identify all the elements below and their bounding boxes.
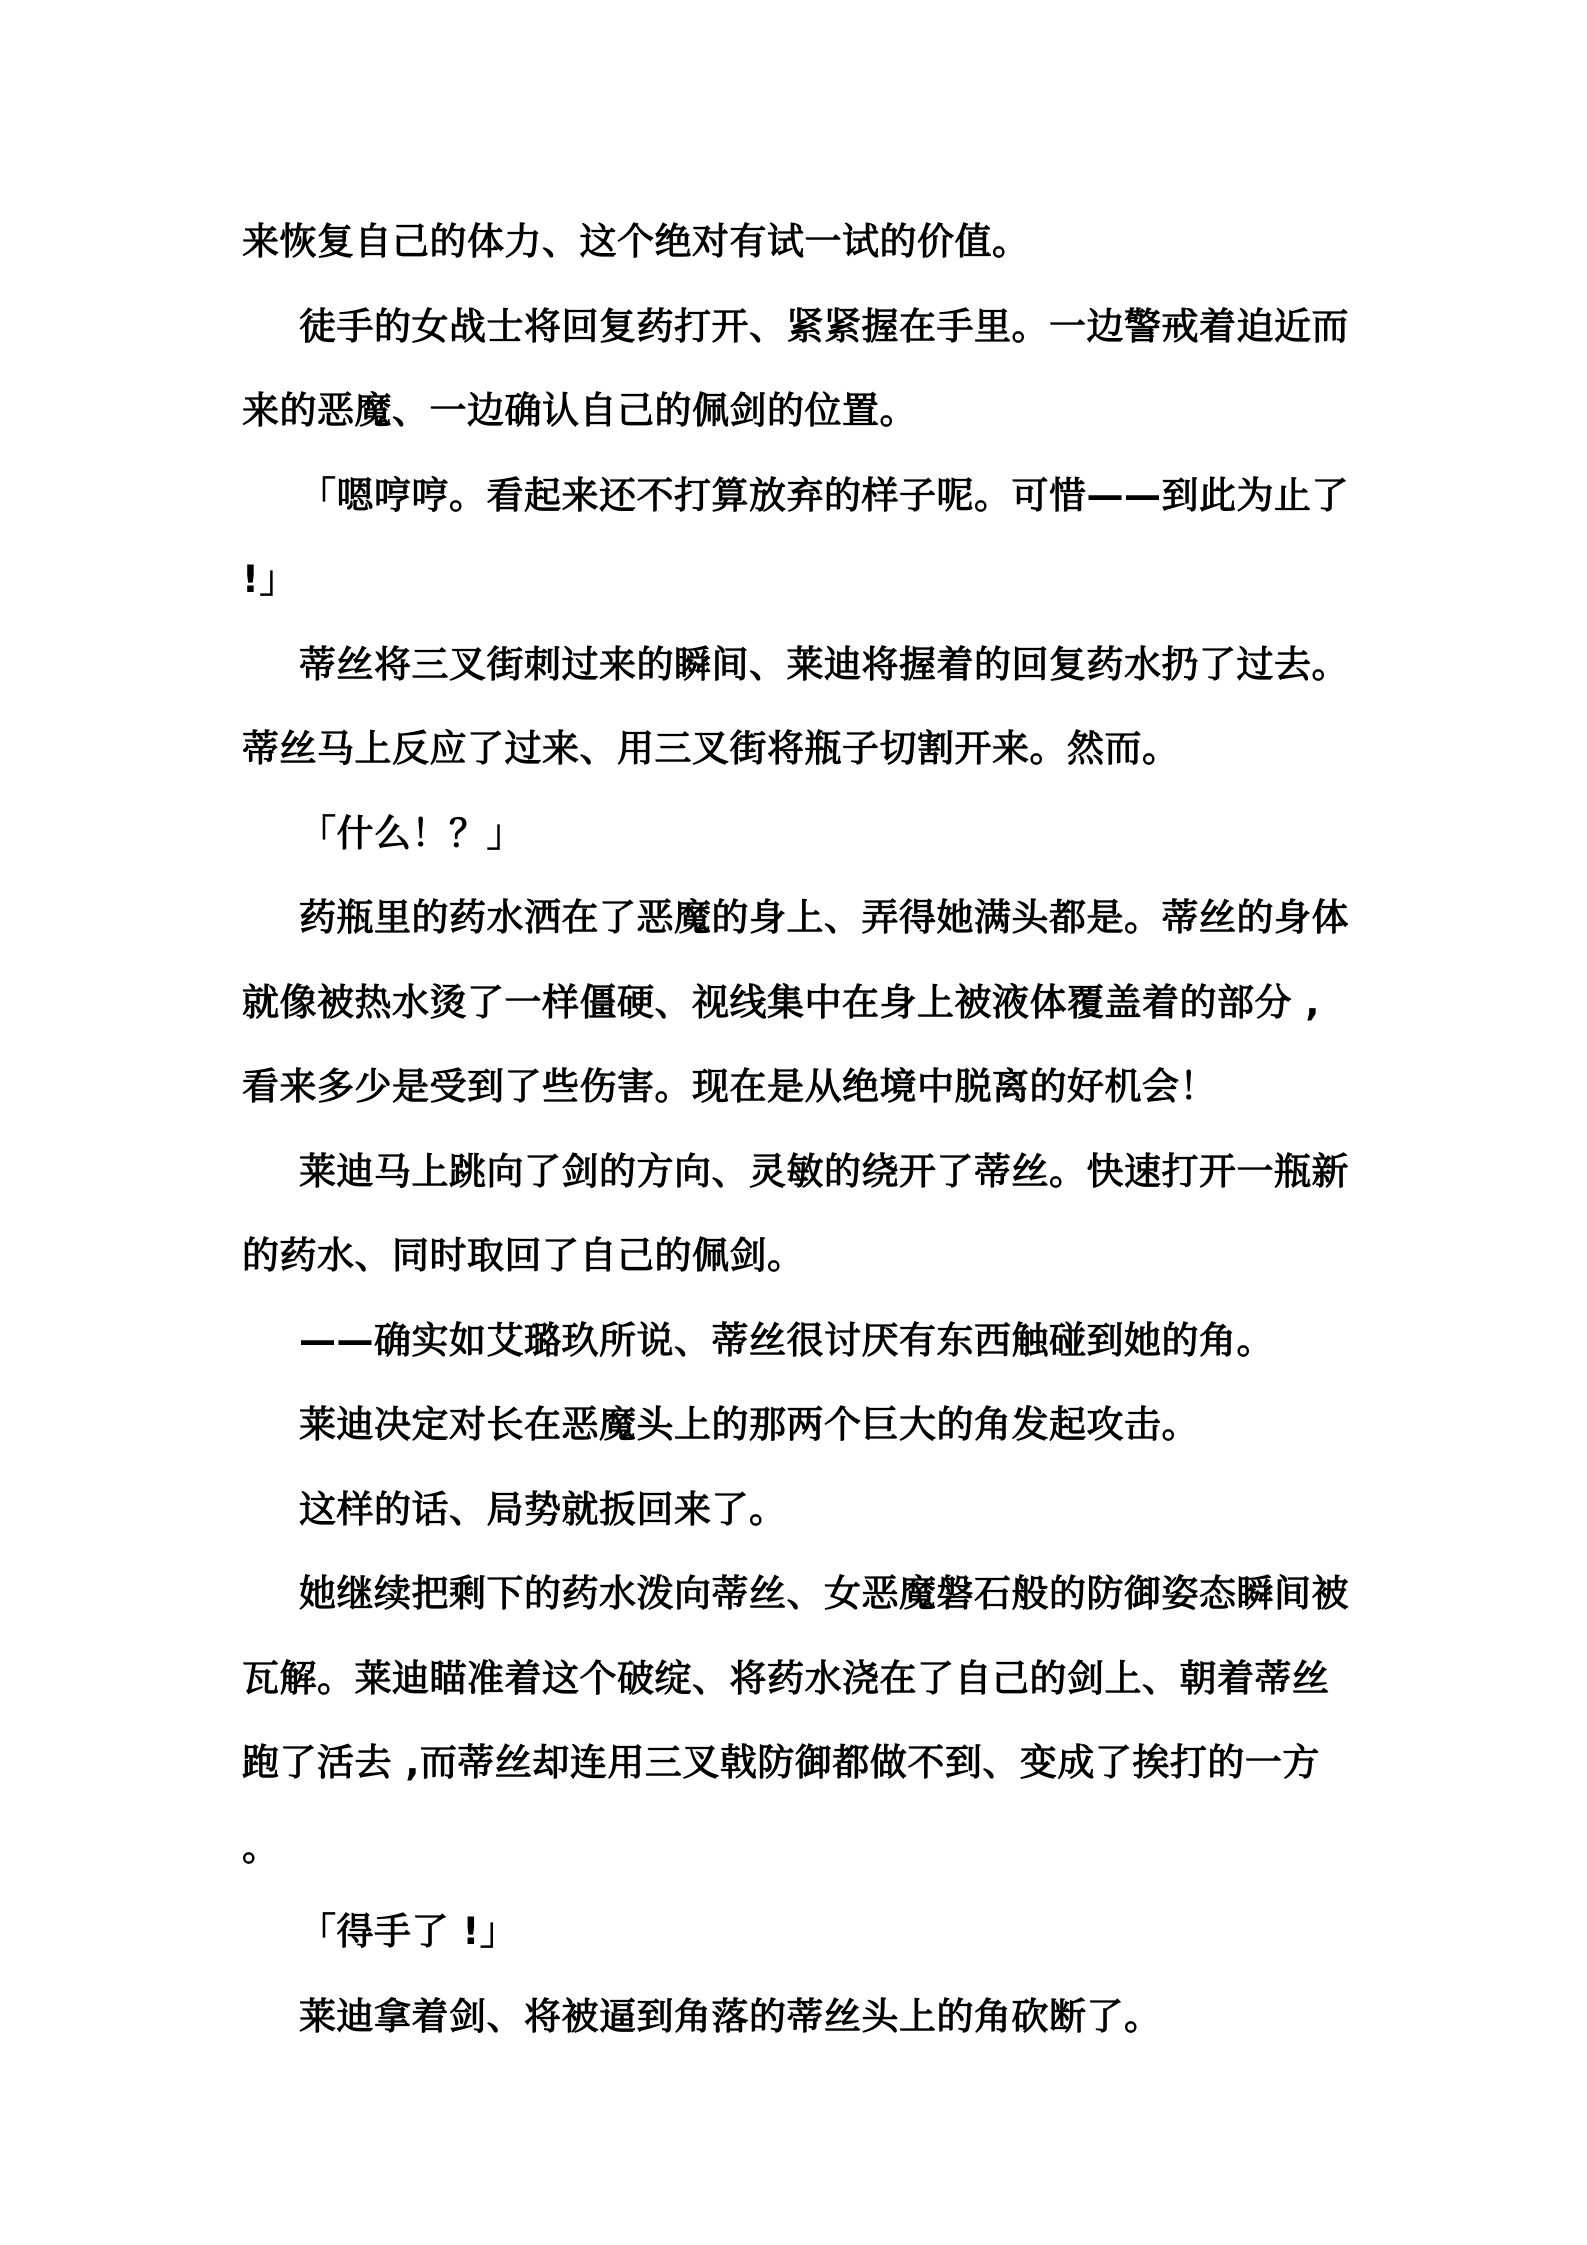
paragraph: 药瓶里的药水洒在了恶魔的身上、弄得她满头都是。蒂丝的身体就像被热水烫了一样僵硬、… (242, 876, 1352, 1130)
paragraph: ——确实如艾璐玖所说、蒂丝很讨厌有东西触碰到她的角。 (242, 1299, 1352, 1384)
paragraph: 莱迪马上跳向了剑的方向、灵敏的绕开了蒂丝。快速打开一瓶新的药水、同时取回了自己的… (242, 1130, 1352, 1299)
paragraph: 徒手的女战士将回复药打开、紧紧握在手里。一边警戒着迫近而来的恶魔、一边确认自己的… (242, 285, 1352, 454)
paragraph: 莱迪决定对长在恶魔头上的那两个巨大的角发起攻击。 (242, 1383, 1352, 1468)
paragraph: 这样的话、局势就扳回来了。 (242, 1468, 1352, 1553)
paragraph: 她继续把剩下的药水泼向蒂丝、女恶魔磐石般的防御姿态瞬间被瓦解。莱迪瞄准着这个破绽… (242, 1552, 1352, 1890)
dialogue-paragraph: 「嗯哼哼。看起来还不打算放弃的样子呢。可惜——到此为止了 !」 (242, 454, 1352, 623)
document-page: 来恢复自己的体力、这个绝对有试一试的价值。 徒手的女战士将回复药打开、紧紧握在手… (242, 200, 1352, 2059)
paragraph-continuation: 来恢复自己的体力、这个绝对有试一试的价值。 (242, 200, 1352, 285)
paragraph: 莱迪拿着剑、将被逼到角落的蒂丝头上的角砍断了。 (242, 1975, 1352, 2060)
dialogue-paragraph: 「什么！？」 (242, 792, 1352, 877)
dialogue-paragraph: 「得手了 !」 (242, 1890, 1352, 1975)
paragraph: 蒂丝将三叉街刺过来的瞬间、莱迪将握着的回复药水扔了过去。蒂丝马上反应了过来、用三… (242, 623, 1352, 792)
